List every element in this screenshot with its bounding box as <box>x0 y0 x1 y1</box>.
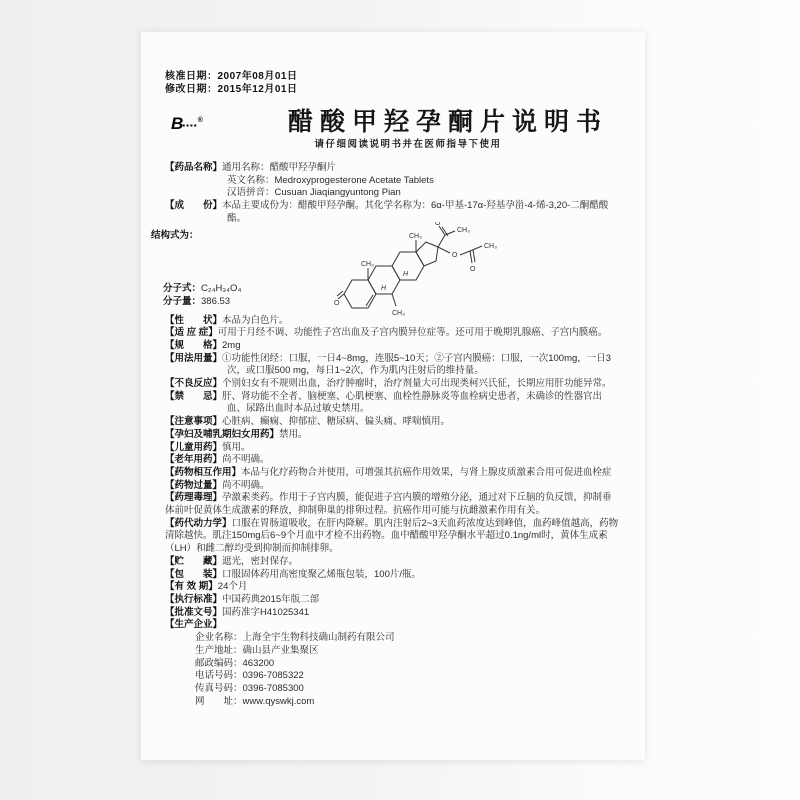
section-label: 【禁 忌】 <box>165 391 222 402</box>
sections-list: 【性 状】本品为白色片。 【适 应 症】可用于月经不调、功能性子宫出血及子宫内膜… <box>165 315 621 633</box>
section-label: 【不良反应】 <box>165 378 222 389</box>
svg-text:CH₃: CH₃ <box>409 233 422 240</box>
manufacturer-line-label: 传真号码： <box>195 683 243 694</box>
generic-name-value: 醋酸甲羟孕酮片 <box>270 162 337 173</box>
manufacturer-line: 邮政编码：463200 <box>195 658 621 671</box>
section-label: 【儿童用药】 <box>165 442 222 453</box>
approval-date-label: 核准日期： <box>165 71 218 82</box>
generic-name-label: 通用名称： <box>222 162 270 173</box>
chemical-structure-icon: O CH₃ CH₃ CH₃ H H O CH₃ O O CH₃ <box>293 222 543 322</box>
section-row: 【注意事项】心脏病、癫痫、抑郁症、糖尿病、偏头痛、哮喘慎用。 <box>165 416 621 429</box>
section-row: 【批准文号】国药准字H41025341 <box>165 607 621 620</box>
revision-date-label: 修改日期： <box>165 84 218 95</box>
manufacturer-line: 生产地址：确山县产业集聚区 <box>195 645 621 658</box>
molecular-weight-line: 分子量：386.53 <box>163 295 241 308</box>
molecular-info: 分子式：C₂₄H₃₄O₄ 分子量：386.53 <box>163 282 241 308</box>
section-text: 肝、肾功能不全者、脑梗塞、心肌梗塞、血栓性静脉炎等血栓病史患者，未确诊的性器官出… <box>222 391 602 415</box>
section-label: 【药代动力学】 <box>165 518 232 529</box>
section-row: 【包 装】口服固体药用高密度聚乙烯瓶包装，100片/瓶。 <box>165 569 621 582</box>
pinyin-name-line: 汉语拼音：Cusuan Jiaqiangyuntong Pian <box>165 187 621 200</box>
section-text: 中国药典2015年版二部 <box>222 594 319 605</box>
drug-name-row: 【药品名称】通用名称：醋酸甲羟孕酮片 <box>165 162 621 175</box>
section-label: 【老年用药】 <box>165 454 222 465</box>
manufacturer-line: 网 址：www.qyswkj.com <box>195 696 621 709</box>
section-row: 【药物相互作用】本品与化疗药物合并使用，可增强其抗癌作用效果，与肾上腺皮质激素合… <box>165 467 621 480</box>
section-text: 孕激素类药。作用于子宫内膜，能促进子宫内膜的增殖分泌，通过对下丘脑的负反馈，抑制… <box>165 492 612 516</box>
svg-text:H: H <box>403 271 409 278</box>
pinyin-name-value: Cusuan Jiaqiangyuntong Pian <box>275 187 401 198</box>
section-label: 【药理毒理】 <box>165 492 222 503</box>
molecular-weight-label: 分子量： <box>163 296 201 307</box>
section-text: 个别妇女有不规则出血，治疗肿瘤时，治疗剂量大可出现类柯兴氏征，长期应用肝功能异常… <box>222 378 612 389</box>
section-label: 【性 状】 <box>165 315 222 326</box>
page-subtitle: 请仔细阅读说明书并在医师指导下使用 <box>165 138 621 151</box>
section-text: 禁用。 <box>279 429 308 440</box>
molecular-formula-label: 分子式： <box>163 283 201 294</box>
manufacturer-line-label: 网 址： <box>195 696 243 707</box>
brand-logo-dots: ▪▪▪▪ <box>182 121 197 130</box>
section-text: 2mg <box>222 340 240 351</box>
section-text: ①功能性闭经：口服，一日4~8mg，连服5~10天；②子宫内膜癌：口服，一次10… <box>222 353 611 377</box>
svg-text:O: O <box>470 266 476 273</box>
section-text: 本品与化疗药物合并使用，可增强其抗癌作用效果，与肾上腺皮质激素合用可促进血栓症 <box>241 467 612 478</box>
structure-caption: 结构式为： <box>151 230 199 243</box>
approval-date-value: 2007年08月01日 <box>218 71 298 82</box>
molecular-formula-value: C₂₄H₃₄O₄ <box>201 283 241 294</box>
section-row: 【药代动力学】口服在胃肠道吸收，在肝内降解。肌内注射后2~3天血药浓度达到峰值，… <box>165 518 621 556</box>
section-text: 遮光，密封保存。 <box>222 556 298 567</box>
manufacturer-line-label: 企业名称： <box>195 632 243 643</box>
section-text: 24个月 <box>218 581 248 592</box>
manufacturer-block: 企业名称：上海全宇生物科技确山制药有限公司 生产地址：确山县产业集聚区 邮政编码… <box>165 632 621 708</box>
composition-label: 【成 份】 <box>165 200 222 211</box>
section-text: 口服在胃肠道吸收，在肝内降解。肌内注射后2~3天血药浓度达到峰值，血药峰值越高，… <box>165 518 618 554</box>
section-label: 【孕妇及哺乳期妇女用药】 <box>165 429 279 440</box>
section-row: 【贮 藏】遮光，密封保存。 <box>165 556 621 569</box>
brand-logo-letter: B <box>171 114 182 133</box>
leaflet-header: B▪▪▪▪® 醋酸甲羟孕酮片说明书 请仔细阅读说明书并在医师指导下使用 <box>165 108 621 156</box>
structure-block: 结构式为： 分子式：C₂₄H₃₄O₄ 分子量：386.53 <box>165 228 621 314</box>
manufacturer-line-label: 邮政编码： <box>195 658 243 669</box>
section-label: 【贮 藏】 <box>165 556 222 567</box>
section-row: 【有 效 期】24个月 <box>165 581 621 594</box>
date-block: 核准日期：2007年08月01日 修改日期：2015年12月01日 <box>165 70 621 96</box>
svg-text:CH₃: CH₃ <box>392 310 405 317</box>
svg-text:CH₃: CH₃ <box>361 261 374 268</box>
section-row: 【药理毒理】孕激素类药。作用于子宫内膜，能促进子宫内膜的增殖分泌，通过对下丘脑的… <box>165 492 621 517</box>
section-row: 【用法用量】①功能性闭经：口服，一日4~8mg，连服5~10天；②子宫内膜癌：口… <box>165 353 621 378</box>
section-row: 【不良反应】个别妇女有不规则出血，治疗肿瘤时，治疗剂量大可出现类柯兴氏征，长期应… <box>165 378 621 391</box>
manufacturer-line-value: www.qyswkj.com <box>243 696 315 707</box>
section-row: 【禁 忌】肝、肾功能不全者、脑梗塞、心肌梗塞、血栓性静脉炎等血栓病史患者，未确诊… <box>165 391 621 416</box>
section-label: 【批准文号】 <box>165 607 222 618</box>
section-row: 【适 应 症】可用于月经不调、功能性子宫出血及子宫内膜异位症等。还可用于晚期乳腺… <box>165 327 621 340</box>
approval-date-line: 核准日期：2007年08月01日 <box>165 70 621 83</box>
section-text: 本品为白色片。 <box>222 315 289 326</box>
section-row: 【执行标准】中国药典2015年版二部 <box>165 594 621 607</box>
section-label: 【包 装】 <box>165 569 222 580</box>
section-label: 【用法用量】 <box>165 353 222 364</box>
section-text: 国药准字H41025341 <box>222 607 309 618</box>
english-name-value: Medroxyprogesterone Acetate Tablets <box>275 175 434 186</box>
section-label: 【注意事项】 <box>165 416 222 427</box>
section-label: 【药物过量】 <box>165 480 222 491</box>
section-label: 【药物相互作用】 <box>165 467 241 478</box>
manufacturer-line: 企业名称：上海全宇生物科技确山制药有限公司 <box>195 632 621 645</box>
pinyin-name-label: 汉语拼音： <box>227 187 275 198</box>
section-text: 慎用。 <box>222 442 251 453</box>
english-name-label: 英文名称： <box>227 175 275 186</box>
page-title: 醋酸甲羟孕酮片说明书 <box>165 108 621 136</box>
molecular-formula-line: 分子式：C₂₄H₃₄O₄ <box>163 282 241 295</box>
manufacturer-line-value: 0396-7085322 <box>243 670 304 681</box>
section-row: 【药物过量】尚不明确。 <box>165 480 621 493</box>
section-text: 可用于月经不调、功能性子宫出血及子宫内膜异位症等。还可用于晚期乳腺癌、子宫内膜癌… <box>218 327 608 338</box>
section-label: 【规 格】 <box>165 340 222 351</box>
manufacturer-line-value: 确山县产业集聚区 <box>243 645 319 656</box>
manufacturer-line-value: 0396-7085300 <box>243 683 304 694</box>
section-text: 尚不明确。 <box>222 454 270 465</box>
section-row: 【孕妇及哺乳期妇女用药】禁用。 <box>165 429 621 442</box>
drug-name-label: 【药品名称】 <box>165 162 222 173</box>
section-text: 尚不明确。 <box>222 480 270 491</box>
molecular-weight-value: 386.53 <box>201 296 230 307</box>
section-label: 【执行标准】 <box>165 594 222 605</box>
manufacturer-line-label: 生产地址： <box>195 645 243 656</box>
revision-date-value: 2015年12月01日 <box>218 84 298 95</box>
svg-text:O: O <box>452 252 458 259</box>
revision-date-line: 修改日期：2015年12月01日 <box>165 83 621 96</box>
registered-mark-icon: ® <box>198 117 202 124</box>
section-row: 【儿童用药】慎用。 <box>165 442 621 455</box>
section-row: 【生产企业】 <box>165 619 621 632</box>
section-row: 【规 格】2mg <box>165 340 621 353</box>
english-name-line: 英文名称：Medroxyprogesterone Acetate Tablets <box>165 175 621 188</box>
section-label: 【生产企业】 <box>165 619 222 630</box>
svg-text:CH₃: CH₃ <box>484 243 497 250</box>
section-text: 心脏病、癫痫、抑郁症、糖尿病、偏头痛、哮喘慎用。 <box>222 416 450 427</box>
section-label: 【有 效 期】 <box>165 581 218 592</box>
svg-text:O: O <box>435 222 441 227</box>
manufacturer-line: 电话号码：0396-7085322 <box>195 670 621 683</box>
manufacturer-line: 传真号码：0396-7085300 <box>195 683 621 696</box>
manufacturer-line-value: 上海全宇生物科技确山制药有限公司 <box>243 632 395 643</box>
section-label: 【适 应 症】 <box>165 327 218 338</box>
brand-logo: B▪▪▪▪® <box>171 114 202 134</box>
svg-text:H: H <box>381 285 387 292</box>
leaflet-paper: 核准日期：2007年08月01日 修改日期：2015年12月01日 B▪▪▪▪®… <box>141 32 645 760</box>
section-text: 口服固体药用高密度聚乙烯瓶包装，100片/瓶。 <box>222 569 421 580</box>
svg-text:CH₃: CH₃ <box>457 227 470 234</box>
composition-text: 本品主要成份为：醋酸甲羟孕酮。其化学名称为：6α-甲基-17α-羟基孕甾-4-烯… <box>222 200 608 224</box>
manufacturer-line-label: 电话号码： <box>195 670 243 681</box>
leaflet-body: 【药品名称】通用名称：醋酸甲羟孕酮片 英文名称：Medroxyprogester… <box>165 162 621 708</box>
section-row: 【老年用药】尚不明确。 <box>165 454 621 467</box>
manufacturer-line-value: 463200 <box>243 658 275 669</box>
leaflet-photo: 核准日期：2007年08月01日 修改日期：2015年12月01日 B▪▪▪▪®… <box>0 0 800 800</box>
atom-ketone-o: O <box>334 300 340 307</box>
